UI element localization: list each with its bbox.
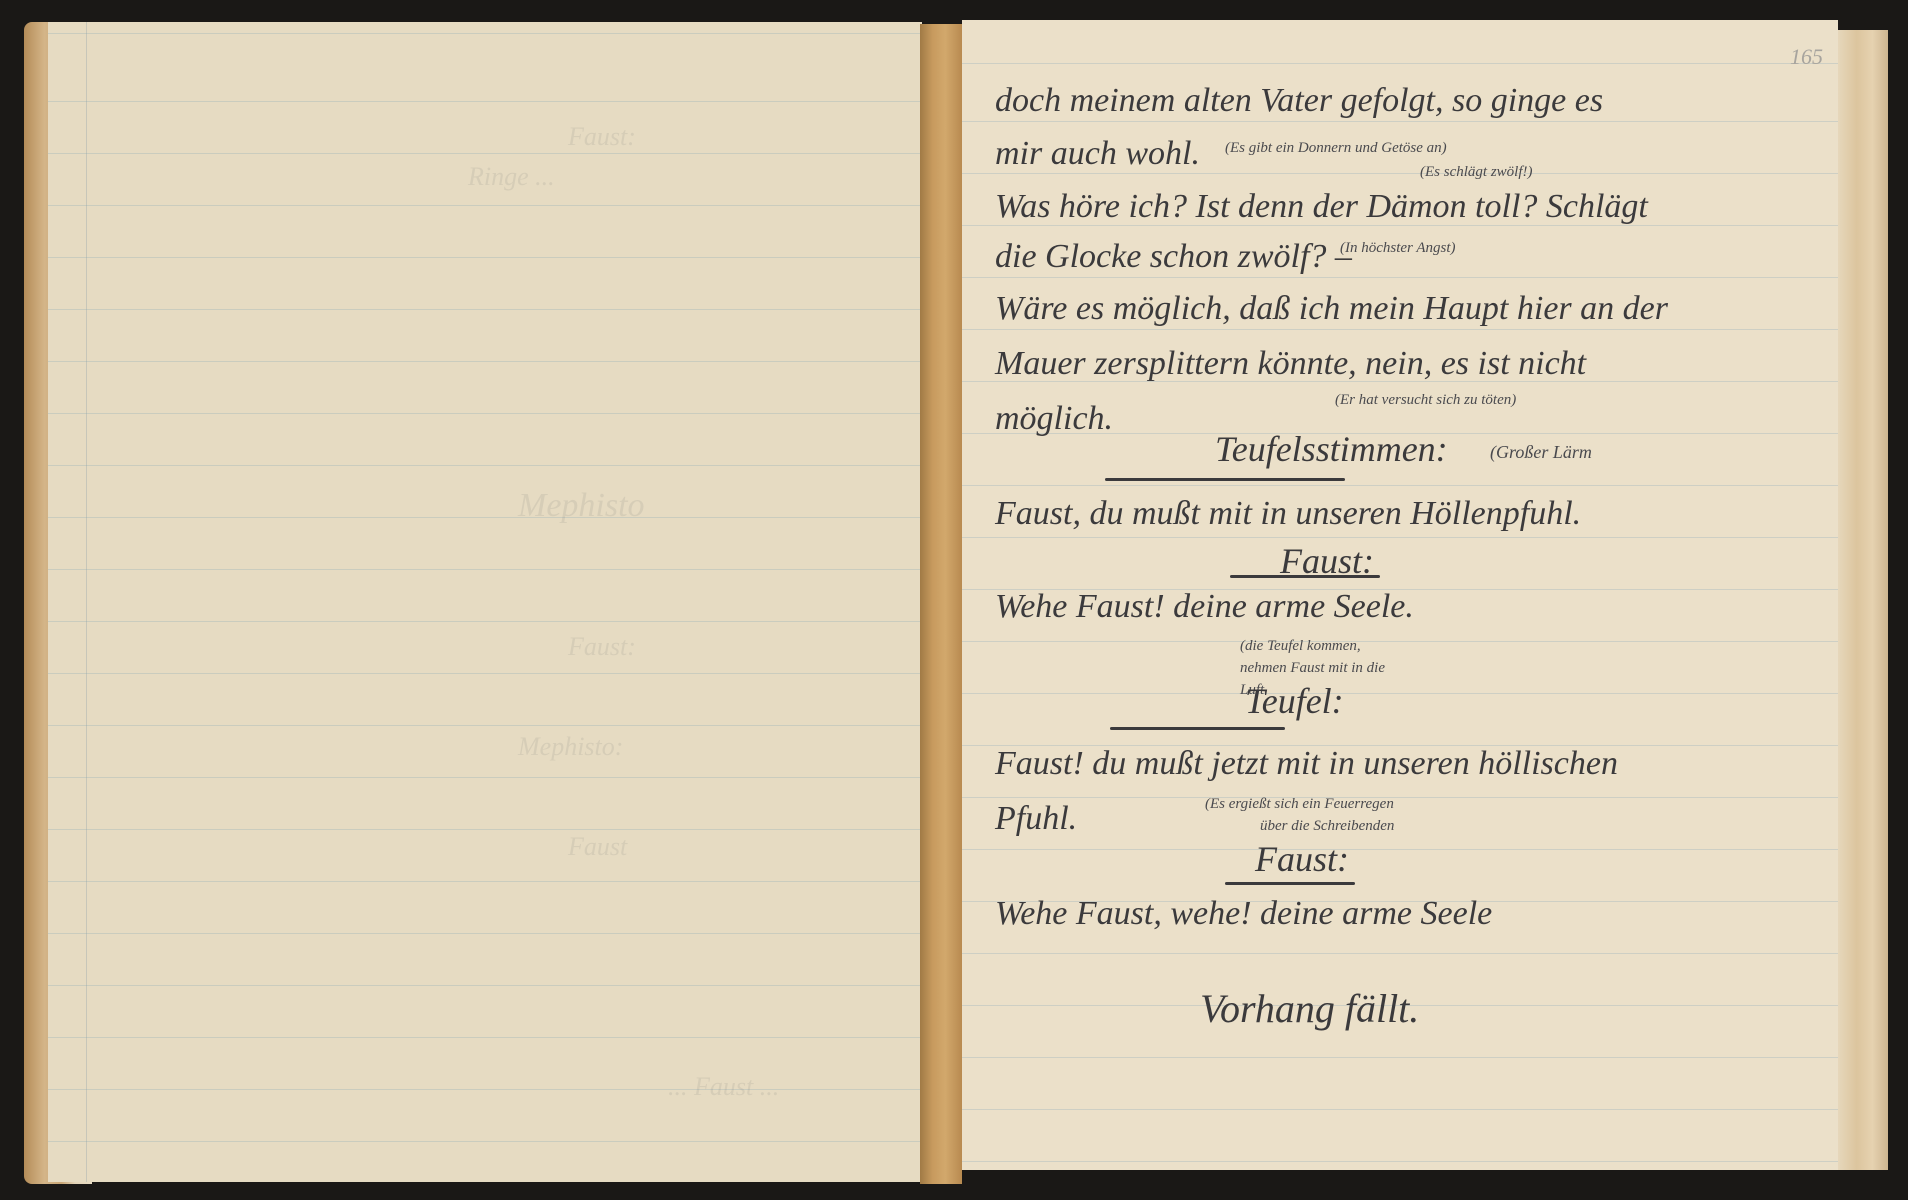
bleed-through-text: Mephisto: [518,732,623,762]
stage-direction: nehmen Faust mit in die [1240,660,1385,677]
text-line: Wäre es möglich, daß ich mein Haupt hier… [995,290,1668,328]
bleed-through-text: Faust: [568,122,636,152]
bleed-through-text: ... Faust ... [668,1072,779,1102]
text-line: Faust, du mußt mit in unseren Höllenpfuh… [995,495,1581,533]
stage-direction: über die Schreibenden [1260,818,1394,835]
text-line: Wehe Faust, wehe! deine arme Seele [995,895,1492,933]
bleed-through-text: Ringe ... [468,162,555,192]
text-line: Pfuhl. [995,800,1077,838]
stage-direction: (Es ergießt sich ein Feuerregen [1205,796,1394,813]
text-line: Was höre ich? Ist denn der Dämon toll? S… [995,188,1648,226]
stage-direction: (die Teufel kommen, [1240,638,1361,655]
page-stack-right-edge [1836,30,1888,1170]
text-line: Mauer zersplittern könnte, nein, es ist … [995,345,1586,383]
bleed-through-text: Faust: [568,632,636,662]
text-line: mir auch wohl. [995,135,1200,173]
heading-underline [1230,575,1380,578]
stage-direction: (Es schlägt zwölf!) [1420,164,1533,181]
heading-underline [1110,727,1285,730]
page-number: 165 [1790,44,1823,70]
margin-line [86,22,87,1182]
speaker-heading: Teufelsstimmen: [1215,428,1448,470]
stage-direction: (Großer Lärm [1490,442,1592,463]
stage-direction: (Es gibt ein Donnern und Getöse an) [1225,140,1447,157]
closing-line: Vorhang fällt. [1200,985,1419,1032]
speaker-heading: Faust: [1255,838,1349,880]
text-line: Faust! du mußt jetzt mit in unseren höll… [995,745,1618,783]
bleed-through-text: Faust [568,832,627,862]
heading-underline [1105,478,1345,481]
left-page: Faust: Ringe ... Mephisto Faust: Mephist… [48,22,922,1182]
stage-direction: (In höchster Angst) [1340,240,1456,257]
text-line: doch meinem alten Vater gefolgt, so ging… [995,82,1603,120]
heading-underline [1225,882,1355,885]
bleed-through-text: Mephisto [518,487,645,525]
text-line: möglich. [995,400,1113,438]
speaker-heading: Teufel: [1245,680,1344,722]
text-line: Wehe Faust! deine arme Seele. [995,588,1414,626]
stage-direction: (Er hat versucht sich zu töten) [1335,392,1516,409]
text-line: die Glocke schon zwölf? – [995,238,1352,276]
book-spine [920,24,962,1184]
